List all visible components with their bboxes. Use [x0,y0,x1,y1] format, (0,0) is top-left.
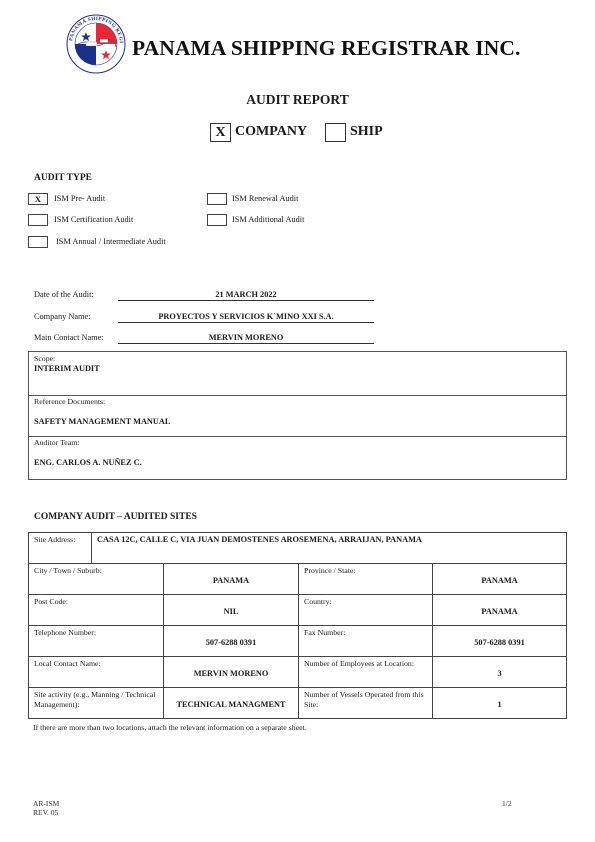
city-value[interactable]: PANAMA [164,564,299,595]
local-contact-label: Local Contact Name: [29,657,164,688]
province-value[interactable]: PANAMA [433,564,567,595]
ism-additional-audit-label: ISM Additional Audit [232,214,304,226]
scope-cell: Scope: INTERIM AUDIT [29,352,566,396]
ship-checkbox[interactable] [325,123,346,142]
scope-box: Scope: INTERIM AUDIT Reference Documents… [28,351,567,480]
report-kind-selector: X COMPANY SHIP [0,122,595,144]
audit-date-label: Date of the Audit: [34,290,94,299]
scope-value[interactable]: INTERIM AUDIT [34,364,100,373]
site-activity-label: Site activity (e.g., Manning / Technical… [29,688,164,719]
main-contact-label: Main Contact Name: [34,333,104,342]
employees-value[interactable]: 3 [433,657,567,688]
vessels-value[interactable]: 1 [433,688,567,719]
footer-form-info: AR-ISM REV. 05 [33,799,59,817]
site-activity-value[interactable]: TECHNICAL MANAGMENT [164,688,299,719]
reference-documents-cell: Reference Documents: SAFETY MANAGEMENT M… [29,395,566,437]
province-label: Province / State: [299,564,433,595]
city-label: City / Town / Suburb: [29,564,164,595]
reference-documents-label: Reference Documents: [34,397,105,406]
company-label: COMPANY [235,122,307,141]
revision: REV. 05 [33,808,59,817]
country-label: Country: [299,595,433,626]
local-contact-value[interactable]: MERVIN MORENO [164,657,299,688]
table-row: Post Code: NIL Country: PANAMA [29,595,567,626]
company-name-field[interactable]: PROYECTOS Y SERVICIOS K`MINO XXI S.A. [118,311,374,323]
locations-note: If there are more than two locations, at… [33,723,307,732]
employees-label: Number of Employees at Location: [299,657,433,688]
ism-annual-intermediate-audit-label: ISM Annual / Intermediate Audit [56,236,166,248]
audit-date-field[interactable]: 21 MARCH 2022 [118,289,374,301]
ism-certification-audit-checkbox[interactable] [28,214,48,226]
page-number: 1/2 [502,799,512,808]
vessels-label: Number of Vessels Operated from this Sit… [299,688,433,719]
fax-value[interactable]: 507-6288 0391 [433,626,567,657]
site-address-row: Site Address: CASA 12C, CALLE C, VIA JUA… [29,533,567,564]
auditor-team-value[interactable]: ENG. CARLOS A. NUÑEZ C. [34,458,142,467]
ism-pre-audit-label: ISM Pre- Audit [54,193,105,205]
site-address-value[interactable]: CASA 12C, CALLE C, VIA JUAN DEMOSTENES A… [92,533,567,564]
table-row: Telephone Number: 507-6288 0391 Fax Numb… [29,626,567,657]
scope-label: Scope: [34,354,55,363]
main-contact-field[interactable]: MERVIN MORENO [118,332,374,344]
company-checkbox[interactable]: X [210,123,231,142]
ism-renewal-audit-label: ISM Renewal Audit [232,193,298,205]
audited-sites-heading: COMPANY AUDIT – AUDITED SITES [34,512,197,522]
fax-label: Fax Number: [299,626,433,657]
post-code-label: Post Code: [29,595,164,626]
country-value[interactable]: PANAMA [433,595,567,626]
auditor-team-cell: Auditor Team: ENG. CARLOS A. NUÑEZ C. [29,437,566,479]
form-code: AR-ISM [33,799,59,808]
table-row: City / Town / Suburb: PANAMA Province / … [29,564,567,595]
auditor-team-label: Auditor Team: [34,438,79,447]
post-code-value[interactable]: NIL [164,595,299,626]
report-title: AUDIT REPORT [0,92,595,108]
ism-certification-audit-label: ISM Certification Audit [54,214,133,226]
telephone-value[interactable]: 507-6288 0391 [164,626,299,657]
telephone-label: Telephone Number: [29,626,164,657]
ism-annual-intermediate-audit-checkbox[interactable] [28,236,48,248]
ism-renewal-audit-checkbox[interactable] [207,193,227,205]
ism-additional-audit-checkbox[interactable] [207,214,227,226]
audited-sites-table: Site Address: CASA 12C, CALLE C, VIA JUA… [28,532,567,719]
site-address-label: Site Address: [29,533,92,564]
reference-documents-value[interactable]: SAFETY MANAGEMENT MANUAL [34,417,170,426]
panama-seal-icon: PANAMA SHIPPING REGISTRAR INC. [66,14,126,74]
company-logo: PANAMA SHIPPING REGISTRAR INC. [66,14,126,74]
company-name-label: Company Name: [34,312,90,321]
table-row: Site activity (e.g., Manning / Technical… [29,688,567,719]
brand-name: PANAMA SHIPPING REGISTRAR INC. [132,36,520,61]
table-row: Local Contact Name: MERVIN MORENO Number… [29,657,567,688]
ism-pre-audit-checkbox[interactable]: X [28,193,48,205]
ship-label: SHIP [350,122,383,141]
audit-type-heading: AUDIT TYPE [34,173,92,183]
